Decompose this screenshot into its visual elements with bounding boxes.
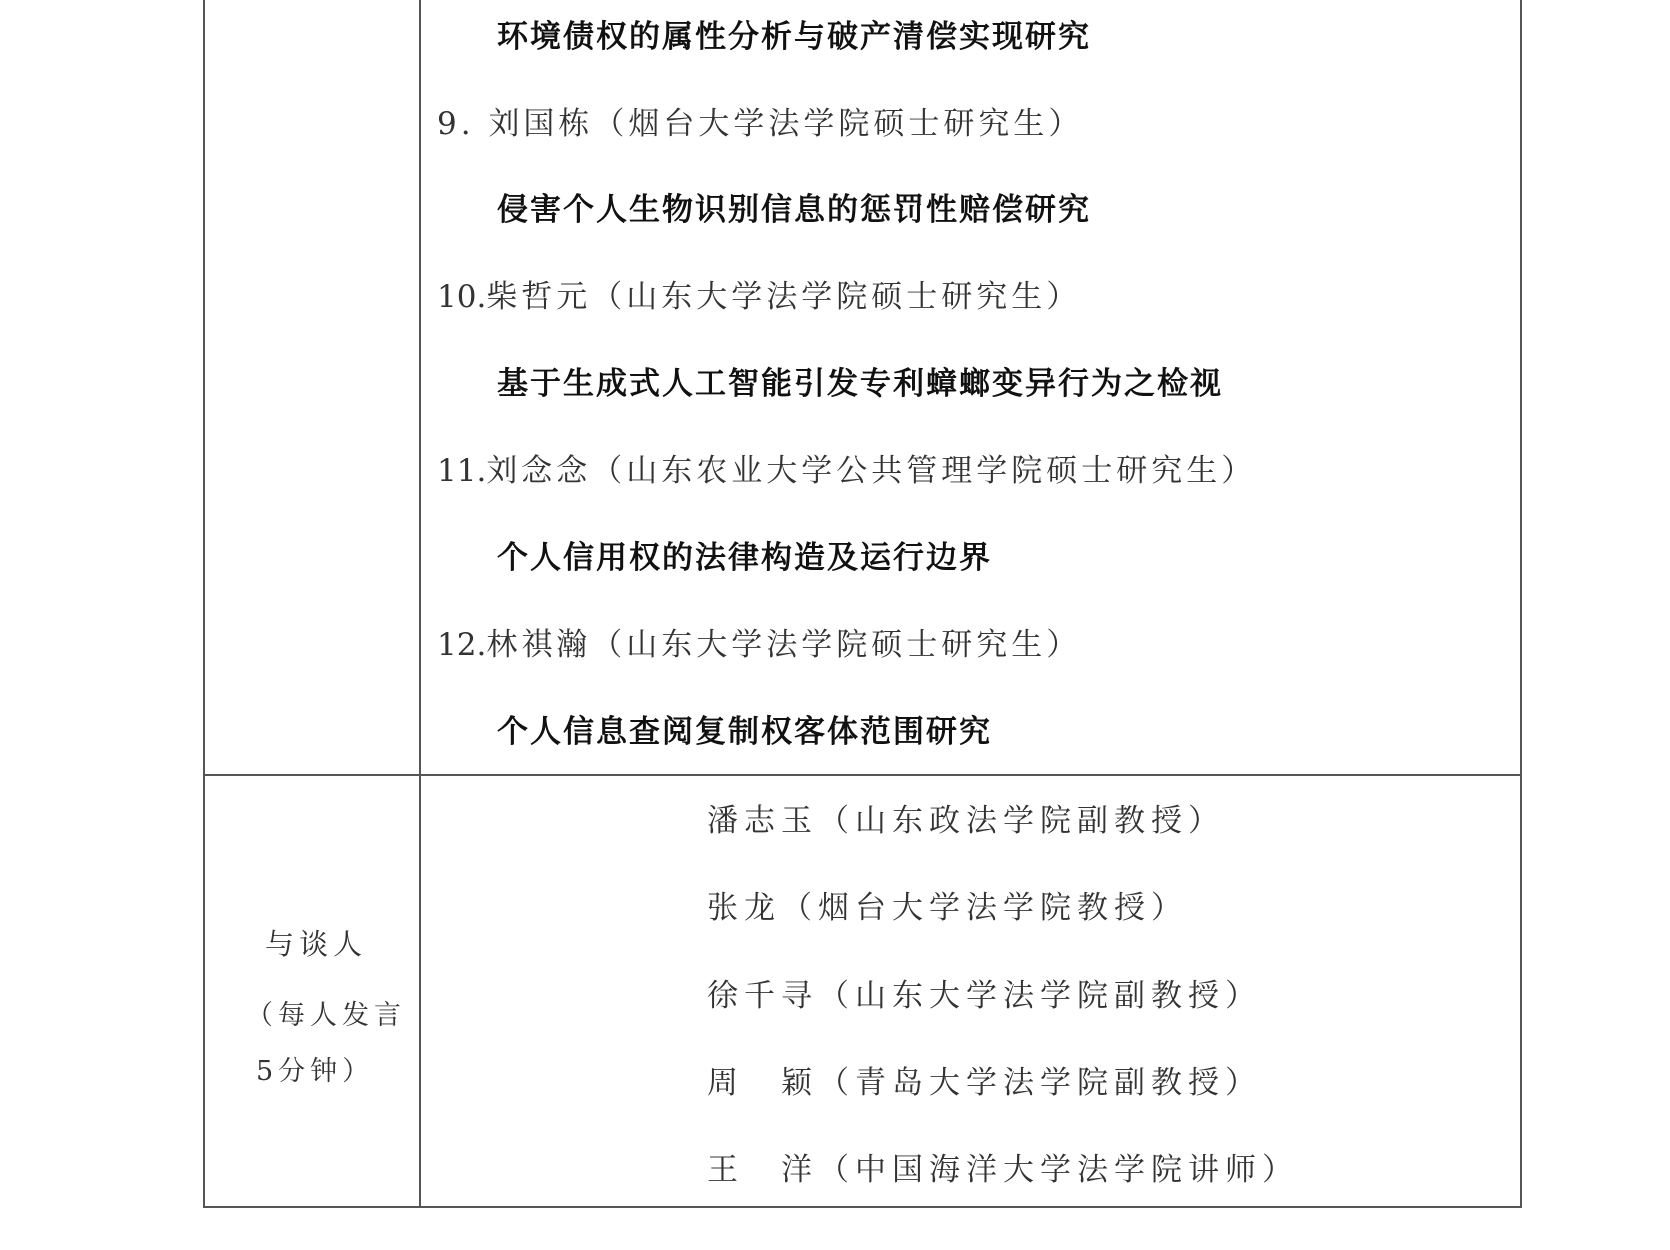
entry-number: 9. [437,106,475,142]
paper-title: 基于生成式人工智能引发专利蟑螂变异行为之检视 [497,364,1223,404]
table-left-border [203,0,205,1208]
presenter-name: 柴哲元（山东大学法学院硕士研究生） [486,279,1081,315]
entry-number: 10. [437,279,486,315]
presenter-entry: 9. 刘国栋（烟台大学法学院硕士研究生） [437,104,1083,144]
entry-number: 12. [437,627,486,663]
paper-title: 环境债权的属性分析与破产清偿实现研究 [497,17,1091,57]
presenter-entry: 10.柴哲元（山东大学法学院硕士研究生） [437,277,1081,317]
presenter-name: 林祺瀚（山东大学法学院硕士研究生） [486,627,1081,663]
speaking-time-note: （每人发言 [246,993,406,1032]
discussant-item: 徐千寻（山东大学法学院副教授） [707,976,1262,1016]
speaking-time-note: 5分钟） [256,1049,374,1088]
paper-title: 侵害个人生物识别信息的惩罚性赔偿研究 [497,190,1091,230]
discussant-item: 周 颖（青岛大学法学院副教授） [707,1063,1262,1103]
discussants-label: 与谈人 [265,922,367,963]
entry-number: 11. [437,453,486,489]
paper-title: 个人信用权的法律构造及运行边界 [497,538,992,578]
presenter-name: 刘念念（山东农业大学公共管理学院硕士研究生） [486,453,1256,489]
table-bottom-border [203,1206,1522,1208]
column-divider [419,0,421,1208]
presenter-entry: 12.林祺瀚（山东大学法学院硕士研究生） [437,625,1081,665]
presenter-name: 刘国栋（烟台大学法学院硕士研究生） [488,106,1083,142]
discussant-item: 潘志玉（山东政法学院副教授） [707,801,1225,841]
row-divider [203,774,1522,776]
presenter-entry: 11.刘念念（山东农业大学公共管理学院硕士研究生） [437,451,1256,491]
paper-title: 个人信息查阅复制权客体范围研究 [497,712,992,752]
table-right-border [1520,0,1522,1208]
discussant-item: 王 洋（中国海洋大学法学院讲师） [707,1150,1299,1190]
discussant-item: 张龙（烟台大学法学院教授） [707,888,1188,928]
